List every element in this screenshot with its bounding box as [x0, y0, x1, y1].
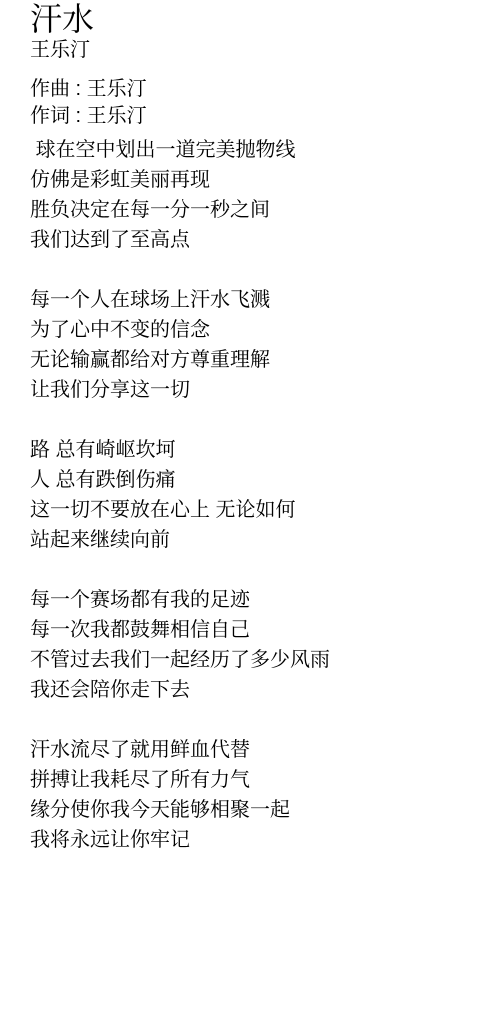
lyric-line: 我们达到了至高点 [30, 225, 480, 255]
lyric-line: 我将永远让你牢记 [30, 825, 480, 855]
lyric-line: 人 总有跌倒伤痛 [30, 465, 480, 495]
song-title: 汗水 [30, 0, 480, 38]
lyric-line: 汗水流尽了就用鲜血代替 [30, 735, 480, 765]
lyric-line: 每一次我都鼓舞相信自己 [30, 615, 480, 645]
lyric-line: 让我们分享这一切 [30, 375, 480, 405]
lyric-line: 每一个赛场都有我的足迹 [30, 585, 480, 615]
lyrics-page: 汗水 王乐汀 作曲 : 王乐汀作词 : 王乐汀 球在空中划出一道完美抛物线仿佛是… [0, 0, 500, 855]
lyric-line: 胜负决定在每一分一秒之间 [30, 195, 480, 225]
lyric-line [30, 555, 480, 585]
lyric-line: 这一切不要放在心上 无论如何 [30, 495, 480, 525]
credits-section: 作曲 : 王乐汀作词 : 王乐汀 [30, 76, 480, 130]
lyric-line: 缘分使你我今天能够相聚一起 [30, 795, 480, 825]
lyric-line: 球在空中划出一道完美抛物线 [30, 135, 480, 165]
lyric-line: 站起来继续向前 [30, 525, 480, 555]
lyric-line: 不管过去我们一起经历了多少风雨 [30, 645, 480, 675]
lyric-line: 为了心中不变的信念 [30, 315, 480, 345]
lyric-line: 无论输赢都给对方尊重理解 [30, 345, 480, 375]
artist-name: 王乐汀 [30, 38, 480, 62]
lyric-line [30, 255, 480, 285]
lyrics-section: 球在空中划出一道完美抛物线仿佛是彩虹美丽再现胜负决定在每一分一秒之间我们达到了至… [30, 135, 480, 855]
lyric-line: 路 总有崎岖坎坷 [30, 435, 480, 465]
lyric-line: 每一个人在球场上汗水飞溅 [30, 285, 480, 315]
lyric-line [30, 405, 480, 435]
credit-line: 作词 : 王乐汀 [30, 103, 480, 130]
lyric-line: 仿佛是彩虹美丽再现 [30, 165, 480, 195]
lyric-line [30, 705, 480, 735]
credit-line: 作曲 : 王乐汀 [30, 76, 480, 103]
lyric-line: 我还会陪你走下去 [30, 675, 480, 705]
lyric-line: 拼搏让我耗尽了所有力气 [30, 765, 480, 795]
